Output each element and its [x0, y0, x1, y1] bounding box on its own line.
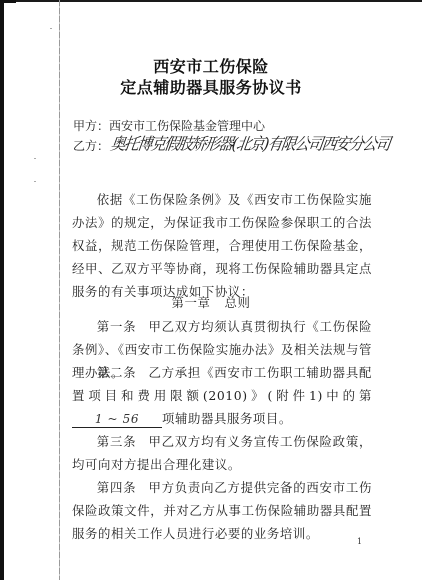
scan-speck [34, 158, 36, 159]
article-2-text-after: 项辅助器具服务项目。 [162, 411, 292, 426]
article-2-label: 第二条 [97, 365, 136, 380]
item-range-blank: 1 ~ 56 [72, 411, 162, 428]
party-a-label: 甲方： [73, 119, 109, 133]
document-title-line-1: 西安市工伤保险 [0, 54, 422, 77]
document-title-line-2: 定点辅助器具服务协议书 [0, 75, 422, 98]
article-1-label: 第一条 [97, 319, 136, 334]
article-3: 第三条甲乙双方均有义务宣传工伤保险政策，均可向对方提出合理化建议。 [72, 430, 372, 476]
preamble-paragraph: 依据《工伤保险条例》及《西安市工伤保险实施办法》的规定，为保证我市工伤保险参保职… [72, 188, 372, 303]
party-b: 乙方：奥托博克假肢矫形器(北京)有限公司西安分公司 [73, 134, 388, 155]
chapter-heading: 第一章总则 [0, 293, 422, 311]
chapter-number: 第一章 [172, 295, 211, 310]
scan-edge-top [0, 0, 422, 2]
article-3-label: 第三条 [97, 434, 136, 449]
article-4: 第四条甲方负责向乙方提供完备的西安市工伤保险政策文件，并对乙方从事工伤保险辅助器… [72, 476, 372, 545]
page-number: 1 [357, 537, 362, 546]
item-range-handwritten: 1 ~ 56 [95, 412, 139, 426]
chapter-name: 总则 [225, 295, 251, 310]
article-4-label: 第四条 [97, 480, 136, 495]
scan-speck [50, 28, 52, 29]
scan-speck [34, 181, 36, 182]
party-a-value: 西安市工伤保险基金管理中心 [109, 119, 265, 133]
party-b-label: 乙方： [73, 139, 109, 153]
article-2: 第二条乙方承担《西安市工伤职工辅助器具配置项目和费用限额(2010)》(附件1)… [72, 361, 372, 430]
party-b-handwritten-name: 奥托博克假肢矫形器(北京)有限公司西安分公司 [109, 132, 391, 155]
